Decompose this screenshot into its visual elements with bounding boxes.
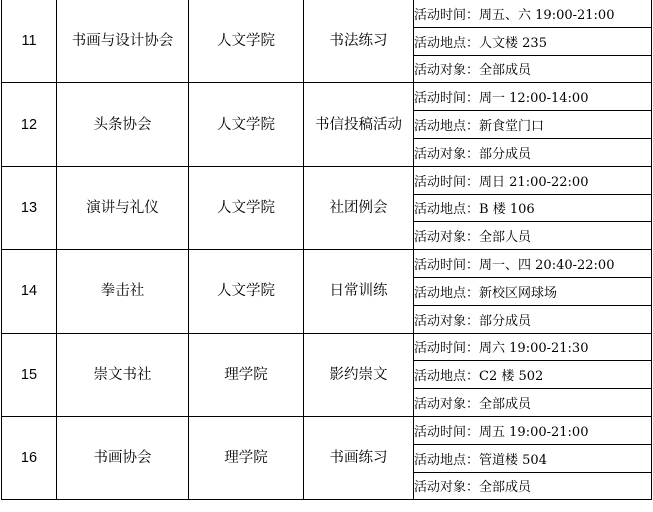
time-value: 周日 21:00-22:00 [479,175,588,190]
activity-time: 活动时间：周五 19:00-21:00 [414,416,652,444]
activity-place: 活动地点：人文楼 235 [414,27,652,55]
club-name: 演讲与礼仪 [57,166,189,249]
place-value: 人文楼 235 [479,36,547,51]
activity-place: 活动地点：管道楼 504 [414,444,652,472]
activity-target: 活动对象：全部成员 [414,55,652,83]
place-value: B 楼 106 [479,202,535,217]
activity-place: 活动地点：C2 楼 502 [414,361,652,389]
table-row: 12头条协会人文学院书信投稿活动活动时间：周一 12:00-14:00 [2,83,652,111]
place-label: 活动地点： [414,453,479,468]
table-row: 13演讲与礼仪人文学院社团例会活动时间：周日 21:00-22:00 [2,166,652,194]
row-number: 15 [2,333,57,416]
college-name: 理学院 [189,416,304,499]
target-label: 活动对象： [414,230,479,245]
activity-place: 活动地点：新食堂门口 [414,111,652,139]
club-name: 头条协会 [57,83,189,166]
target-value: 部分成员 [479,314,531,329]
time-label: 活动时间： [414,91,479,106]
club-name: 书画与设计协会 [57,0,189,83]
target-label: 活动对象： [414,147,479,162]
club-name: 崇文书社 [57,333,189,416]
target-value: 全部成员 [479,480,531,495]
place-label: 活动地点： [414,202,479,217]
target-label: 活动对象： [414,480,479,495]
activity-target: 活动对象：全部成员 [414,472,652,500]
activity-target: 活动对象：全部人员 [414,222,652,250]
time-label: 活动时间： [414,8,479,23]
table-row: 11书画与设计协会人文学院书法练习活动时间：周五、六 19:00-21:00 [2,0,652,27]
college-name: 理学院 [189,333,304,416]
row-number: 16 [2,416,57,499]
place-label: 活动地点： [414,36,479,51]
time-value: 周一 12:00-14:00 [479,91,588,106]
target-value: 全部成员 [479,397,531,412]
row-number: 12 [2,83,57,166]
table-body: 11书画与设计协会人文学院书法练习活动时间：周五、六 19:00-21:00活动… [2,0,652,500]
time-value: 周五、六 19:00-21:00 [479,8,614,23]
club-name: 书画协会 [57,416,189,499]
place-value: 管道楼 504 [479,453,547,468]
activity-name: 书画练习 [304,416,414,499]
time-label: 活动时间： [414,258,479,273]
activity-target: 活动对象：部分成员 [414,138,652,166]
place-value: 新校区网球场 [479,286,557,301]
place-value: 新食堂门口 [479,119,544,134]
activity-place: 活动地点：新校区网球场 [414,277,652,305]
club-activity-table: 11书画与设计协会人文学院书法练习活动时间：周五、六 19:00-21:00活动… [1,0,652,500]
activity-target: 活动对象：部分成员 [414,305,652,333]
place-label: 活动地点： [414,369,479,384]
college-name: 人文学院 [189,0,304,83]
activity-time: 活动时间：周五、六 19:00-21:00 [414,0,652,27]
college-name: 人文学院 [189,83,304,166]
time-value: 周六 19:00-21:30 [479,341,588,356]
time-value: 周一、四 20:40-22:00 [479,258,614,273]
time-value: 周五 19:00-21:00 [479,425,588,440]
activity-place: 活动地点：B 楼 106 [414,194,652,222]
activity-name: 影约崇文 [304,333,414,416]
time-label: 活动时间： [414,425,479,440]
row-number: 11 [2,0,57,83]
target-value: 全部人员 [479,230,531,245]
activity-name: 书法练习 [304,0,414,83]
time-label: 活动时间： [414,341,479,356]
place-value: C2 楼 502 [479,369,543,384]
table-row: 15崇文书社理学院影约崇文活动时间：周六 19:00-21:30 [2,333,652,361]
activity-target: 活动对象：全部成员 [414,389,652,417]
place-label: 活动地点： [414,119,479,134]
activity-time: 活动时间：周六 19:00-21:30 [414,333,652,361]
row-number: 14 [2,250,57,333]
activity-name: 日常训练 [304,250,414,333]
target-label: 活动对象： [414,397,479,412]
activity-name: 书信投稿活动 [304,83,414,166]
activity-name: 社团例会 [304,166,414,249]
target-label: 活动对象： [414,63,479,78]
college-name: 人文学院 [189,250,304,333]
activity-time: 活动时间：周一、四 20:40-22:00 [414,250,652,278]
club-name: 拳击社 [57,250,189,333]
time-label: 活动时间： [414,175,479,190]
college-name: 人文学院 [189,166,304,249]
activity-time: 活动时间：周一 12:00-14:00 [414,83,652,111]
table-row: 16书画协会理学院书画练习活动时间：周五 19:00-21:00 [2,416,652,444]
target-value: 全部成员 [479,63,531,78]
target-label: 活动对象： [414,314,479,329]
table-row: 14拳击社人文学院日常训练活动时间：周一、四 20:40-22:00 [2,250,652,278]
activity-time: 活动时间：周日 21:00-22:00 [414,166,652,194]
target-value: 部分成员 [479,147,531,162]
place-label: 活动地点： [414,286,479,301]
row-number: 13 [2,166,57,249]
